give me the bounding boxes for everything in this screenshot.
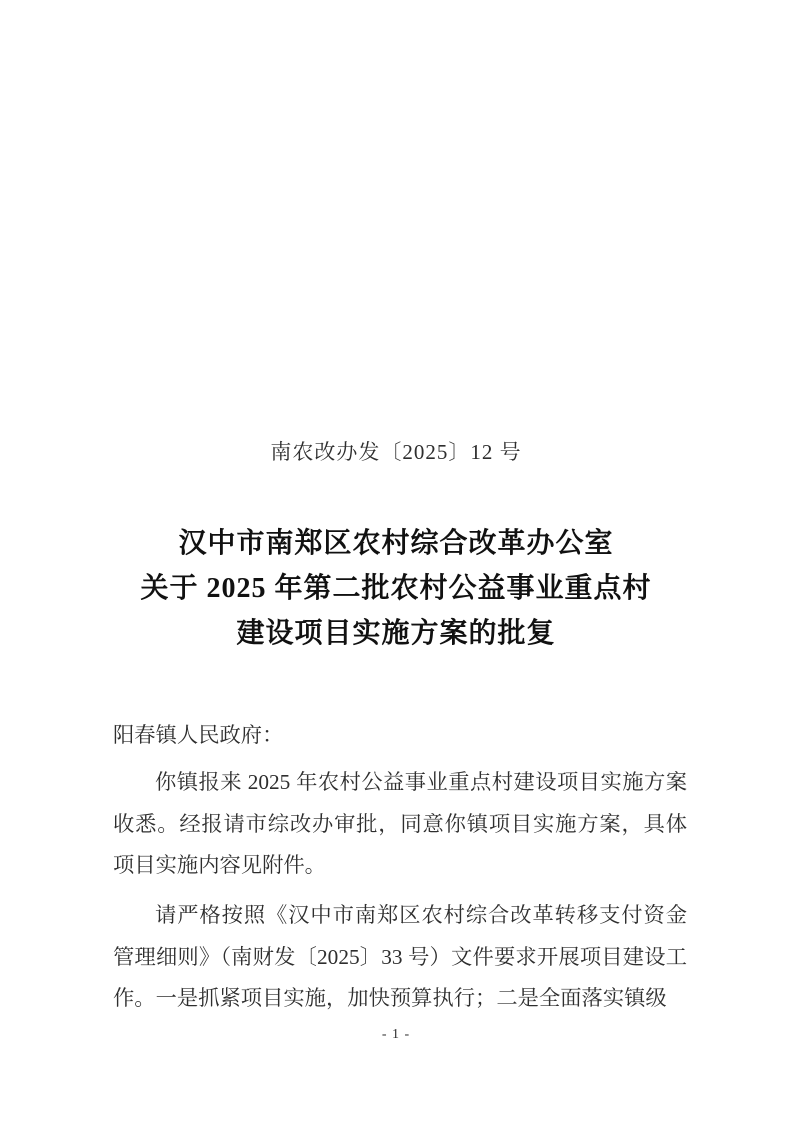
doc-number: 南农改办发〔2025〕12 号 [0,441,792,464]
document-title-line-1: 汉中市南郑区农村综合改革办公室 [0,521,792,566]
document-title: 汉中市南郑区农村综合改革办公室 关于 2025 年第二批农村公益事业重点村 建设… [0,521,792,656]
document-page: 南农改办发〔2025〕12 号 汉中市南郑区农村综合改革办公室 关于 2025 … [0,0,792,1121]
document-title-line-2: 关于 2025 年第二批农村公益事业重点村 [0,566,792,611]
body-paragraph-1: 你镇报来 2025 年农村公益事业重点村建设项目实施方案收悉。经报请市综改办审批… [113,762,687,887]
body-paragraph-2: 请严格按照《汉中市南郑区农村综合改革转移支付资金管理细则》（南财发〔2025〕3… [113,895,687,1020]
page-number: - 1 - [0,1027,792,1043]
addressee: 阳春镇人民政府： [113,715,687,757]
document-title-line-3: 建设项目实施方案的批复 [0,611,792,656]
